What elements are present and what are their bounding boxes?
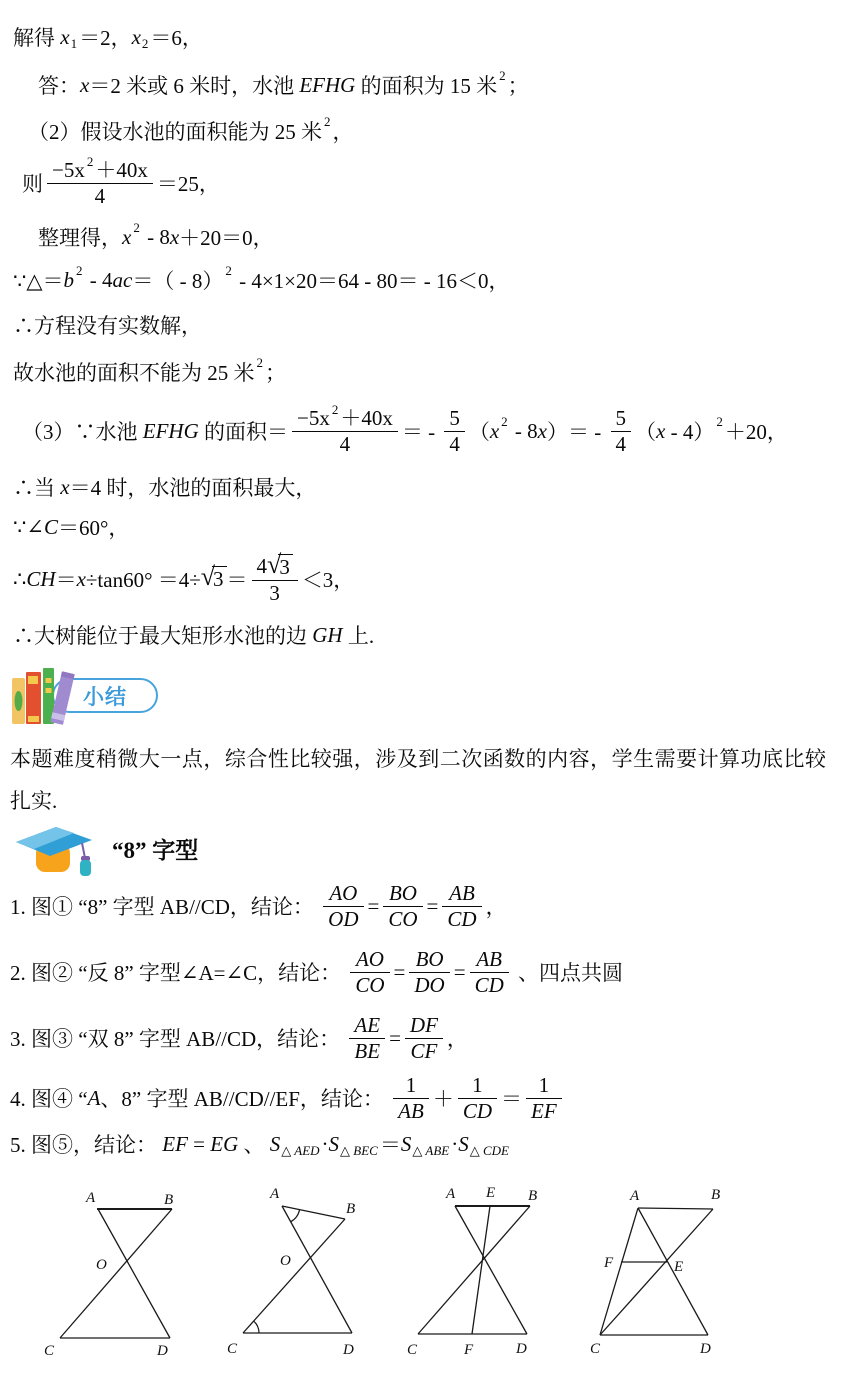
fraction: 54 [444, 406, 465, 455]
vertex-label-A: A [85, 1190, 96, 1206]
fraction: −5x2＋40x4 [292, 406, 398, 455]
topic-heading-label: “8” 字型 [112, 832, 198, 865]
vertex-label-F: F [603, 1255, 614, 1271]
edge [600, 1209, 713, 1335]
fraction: DFCF [405, 1013, 443, 1062]
vertex-label-B: B [164, 1192, 173, 1208]
vertex-label-D: D [156, 1343, 168, 1359]
vertex-label-B: B [528, 1188, 537, 1204]
edge [60, 1209, 172, 1338]
vertex-label-C: C [407, 1342, 418, 1358]
line-angle-c: ∵∠C＝60°， [13, 512, 129, 542]
item-1-8-type: 1. 图① “8” 字型 AB//CD，结论： AOOD=BOCO=ABCD， [10, 874, 507, 938]
sqrt-radical: √3 [267, 554, 293, 579]
edge [600, 1208, 638, 1335]
summary-paragraph: 本题难度稍微大一点，综合性比较强，涉及到二次函数的内容，学生需要计算功底比较扎实… [10, 738, 826, 822]
sqrt-radical: √3 [201, 566, 227, 591]
vertex-label-E: E [673, 1259, 683, 1275]
fraction: BODO [409, 947, 449, 996]
line-max-area: ∴当 x＝4 时，水池的面积最大， [13, 472, 316, 502]
line-cannot-be-25: 故水池的面积不能为 25 米2； [13, 357, 286, 387]
graduation-cap-icon [12, 818, 98, 878]
fraction: AEBE [349, 1013, 385, 1062]
edge [282, 1206, 345, 1219]
figure-3-double-8: AEBCFD [400, 1180, 600, 1382]
edge [455, 1206, 527, 1334]
item-5-fig5: 5. 图⑤，结论： EF = EG 、 S△ AED·S△ BEC＝S△ ABE… [10, 1126, 511, 1162]
figure-2-reverse-8: ABOCD [220, 1180, 420, 1382]
item-4-a-8: 4. 图④ “A、8” 字型 AB//CD//EF，结论： 1AB＋1CD＝1E… [10, 1066, 566, 1130]
fraction: 4√33 [252, 553, 298, 605]
vertex-label-B: B [346, 1201, 355, 1217]
fraction: ABCD [442, 881, 481, 930]
line-discriminant: ∵△＝b2 - 4ac＝（ - 8）2 - 4×1×20＝64 - 80＝ - … [13, 265, 510, 295]
edge [638, 1208, 713, 1209]
fraction: 54 [611, 406, 632, 455]
line-no-real-solution: ∴方程没有实数解， [13, 310, 202, 340]
fraction: 1AB [393, 1073, 429, 1122]
books-icon [8, 662, 78, 732]
angle-arc [254, 1321, 259, 1333]
vertex-label-D: D [515, 1341, 527, 1357]
line-part3-vertex-form: （3）∵水池 EFHG 的面积＝−5x2＋40x4＝ - 54（x2 - 8x）… [22, 399, 788, 463]
vertex-label-A: A [629, 1188, 640, 1204]
edge [418, 1206, 530, 1334]
vertex-label-O: O [96, 1257, 107, 1273]
vertex-label-D: D [699, 1341, 711, 1357]
vertex-label-F: F [463, 1342, 474, 1358]
edge [243, 1219, 345, 1333]
fraction: ABCD [470, 947, 509, 996]
line-tree-conclusion: ∴大树能位于最大矩形水池的边 GH 上. [13, 620, 374, 650]
vertex-label-E: E [485, 1185, 495, 1201]
line-answer: 答：x＝2 米或 6 米时，水池 EFHG 的面积为 15 米2； [38, 70, 529, 100]
vertex-label-B: B [711, 1187, 720, 1203]
vertex-label-C: C [227, 1341, 238, 1357]
fraction: 1CD [458, 1073, 497, 1122]
item-2-reverse-8: 2. 图② “反 8” 字型∠A=∠C，结论： AOCO=BODO=ABCD 、… [10, 940, 623, 1004]
line-part2-equation: 则−5x2＋40x4＝25， [22, 151, 220, 215]
fraction: −5x2＋40x4 [47, 158, 153, 207]
summary-badge: 小结 [8, 662, 178, 734]
vertex-label-A: A [445, 1186, 456, 1202]
edge [98, 1209, 170, 1338]
figure-4-a-8: ABFECD [590, 1180, 810, 1382]
vertex-label-A: A [269, 1186, 280, 1202]
topic-heading: “8” 字型 [12, 818, 198, 878]
vertex-label-O: O [280, 1253, 291, 1269]
fraction: AOOD [323, 881, 363, 930]
angle-arc [291, 1210, 300, 1222]
item-3-double-8: 3. 图③ “双 8” 字型 AB//CD，结论： AEBE=DFCF， [10, 1006, 468, 1070]
edge [282, 1206, 352, 1333]
document-page: 解得 x1＝2，x2＝6，答：x＝2 米或 6 米时，水池 EFHG 的面积为 … [0, 0, 843, 1382]
fraction: 1EF [526, 1073, 562, 1122]
summary-badge-label: 小结 [83, 681, 127, 711]
vertex-label-C: C [44, 1343, 55, 1359]
line-part2-assume: （2）假设水池的面积能为 25 米2， [28, 116, 354, 146]
fraction: BOCO [383, 881, 422, 930]
line-simplified: 整理得，x2 - 8x＋20＝0， [38, 222, 274, 252]
fraction: AOCO [350, 947, 389, 996]
line-ch-value: ∴CH＝x÷tan60° ＝4÷√3＝4√33＜3， [13, 547, 354, 611]
figure-1-8-type: ABOCD [30, 1180, 230, 1382]
vertex-label-C: C [590, 1341, 601, 1357]
figures-row: ABOCDABOCDAEBCFDABFECD [0, 1180, 843, 1382]
line-roots: 解得 x1＝2，x2＝6， [13, 22, 203, 52]
vertex-label-D: D [342, 1342, 354, 1358]
